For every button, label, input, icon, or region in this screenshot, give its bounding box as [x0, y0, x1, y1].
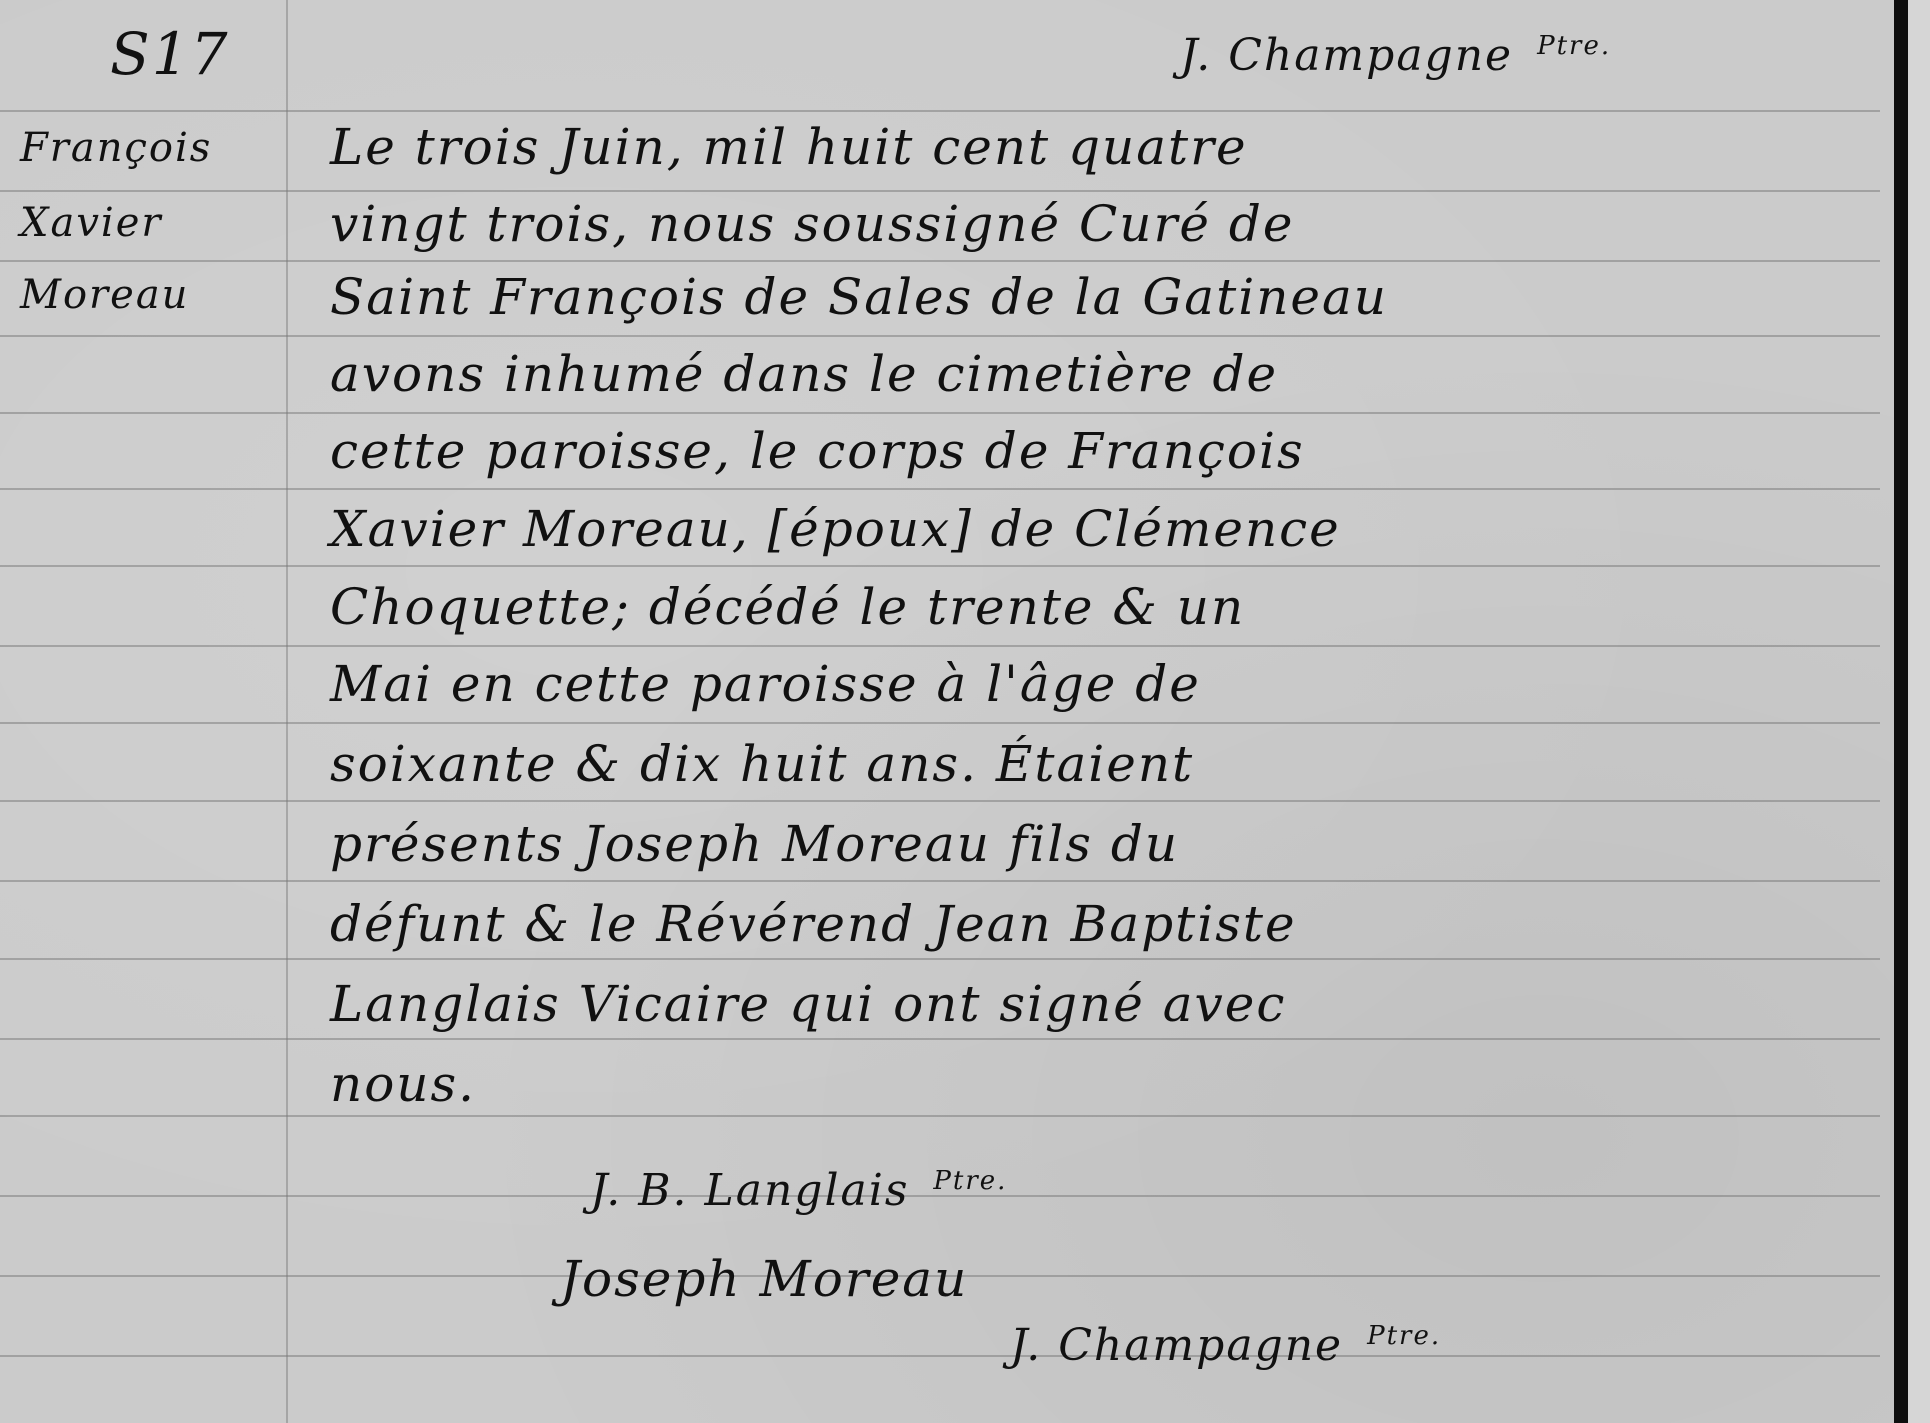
rule-line: [0, 880, 1880, 882]
rule-line: [0, 190, 1880, 192]
rule-line: [0, 412, 1880, 414]
rule-line: [0, 565, 1880, 567]
body-line: avons inhumé dans le cimetière de: [330, 345, 1278, 403]
signature-name: J. Champagne: [1010, 1320, 1343, 1371]
signature-moreau: Joseph Moreau: [560, 1250, 968, 1308]
margin-name-line: Xavier: [20, 200, 163, 246]
signature-title: Ptre.: [1367, 1321, 1441, 1351]
header-signature: J. Champagne Ptre.: [1180, 30, 1611, 81]
body-line: défunt & le Révérend Jean Baptiste: [330, 895, 1297, 953]
entry-number: S17: [110, 20, 230, 88]
signature-title: Ptre.: [933, 1166, 1007, 1196]
body-line: Choquette; décédé le trente & un: [330, 578, 1245, 636]
rule-line: [0, 958, 1880, 960]
rule-line: [0, 488, 1880, 490]
signature-champagne: J. Champagne Ptre.: [1010, 1320, 1441, 1371]
page-binding-edge: [1894, 0, 1908, 1423]
rule-line: [0, 335, 1880, 337]
margin-name-line: Moreau: [20, 272, 189, 318]
body-line: Le trois Juin, mil huit cent quatre: [330, 118, 1248, 176]
header-signature-title: Ptre.: [1537, 31, 1611, 61]
body-line: présents Joseph Moreau fils du: [330, 815, 1179, 873]
rule-line: [0, 1355, 1880, 1357]
rule-line: [0, 260, 1880, 262]
header-signature-name: J. Champagne: [1180, 30, 1513, 81]
body-line: vingt trois, nous soussigné Curé de: [330, 195, 1294, 253]
margin-name-line: François: [20, 125, 212, 171]
signature-name: J. B. Langlais: [590, 1165, 909, 1216]
signature-name: Joseph Moreau: [560, 1250, 968, 1308]
body-line: cette paroisse, le corps de François: [330, 422, 1305, 480]
margin-rule: [286, 0, 288, 1423]
body-line: Langlais Vicaire qui ont signé avec: [330, 975, 1286, 1033]
rule-line: [0, 110, 1880, 112]
body-line: Mai en cette paroisse à l'âge de: [330, 655, 1201, 713]
rule-line: [0, 722, 1880, 724]
adjacent-page-edge: [1908, 0, 1930, 1423]
body-line: nous.: [330, 1055, 476, 1113]
rule-line: [0, 1038, 1880, 1040]
signature-langlais: J. B. Langlais Ptre.: [590, 1165, 1007, 1216]
body-line: Saint François de Sales de la Gatineau: [330, 268, 1388, 326]
register-page: S17 J. Champagne Ptre. François Xavier M…: [0, 0, 1930, 1423]
rule-line: [0, 1115, 1880, 1117]
body-line: soixante & dix huit ans. Étaient: [330, 735, 1194, 793]
rule-line: [0, 800, 1880, 802]
rule-line: [0, 645, 1880, 647]
body-line: Xavier Moreau, [époux] de Clémence: [330, 500, 1341, 558]
